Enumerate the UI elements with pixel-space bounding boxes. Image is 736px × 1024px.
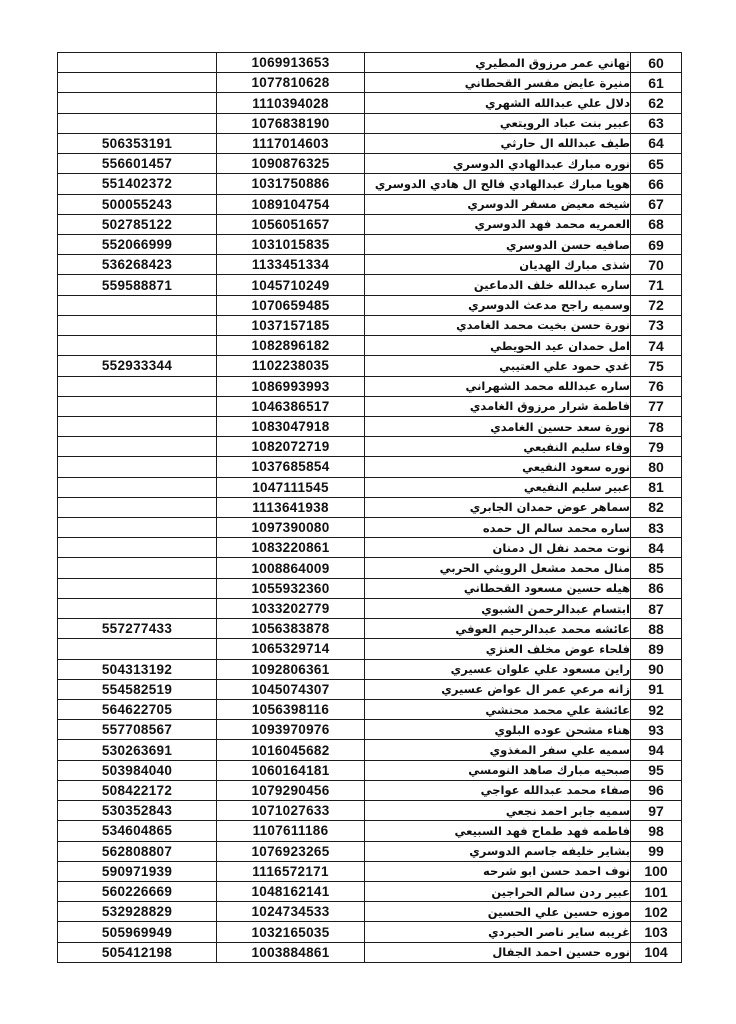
- person-name-cell: وسميه راجح مدعث الدوسري: [365, 295, 631, 315]
- person-name-cell: شذى مبارك الهديان: [365, 255, 631, 275]
- phone-number-cell: [58, 376, 217, 396]
- id-number-cell: 1110394028: [217, 93, 365, 113]
- id-number-cell: 1031750886: [217, 174, 365, 194]
- phone-number-cell: [58, 477, 217, 497]
- row-number-cell: 64: [631, 133, 682, 153]
- phone-number-cell: [58, 639, 217, 659]
- phone-number-cell: [58, 53, 217, 73]
- phone-number-cell: 504313192: [58, 659, 217, 679]
- person-name-cell: نورة سعد حسين الغامدي: [365, 416, 631, 436]
- id-number-cell: 1016045682: [217, 740, 365, 760]
- person-name-cell: صفاء محمد عبدالله عواجي: [365, 780, 631, 800]
- phone-number-cell: [58, 93, 217, 113]
- person-name-cell: عبير ردن سالم الحراجين: [365, 881, 631, 901]
- row-number-cell: 74: [631, 336, 682, 356]
- row-number-cell: 80: [631, 457, 682, 477]
- row-number-cell: 73: [631, 315, 682, 335]
- row-number-cell: 69: [631, 234, 682, 254]
- phone-number-cell: 590971939: [58, 861, 217, 881]
- table-row: 1065329714فلحاء عوض مخلف العنزي89: [58, 639, 682, 659]
- row-number-cell: 78: [631, 416, 682, 436]
- id-number-cell: 1079290456: [217, 780, 365, 800]
- id-number-cell: 1113641938: [217, 497, 365, 517]
- table-row: 5520669991031015835صافيه حسن الدوسري69: [58, 234, 682, 254]
- table-row: 5303528431071027633سميه جابر احمد نجعي97: [58, 801, 682, 821]
- id-number-cell: 1093970976: [217, 720, 365, 740]
- row-number-cell: 62: [631, 93, 682, 113]
- phone-number-cell: [58, 336, 217, 356]
- row-number-cell: 77: [631, 396, 682, 416]
- row-number-cell: 101: [631, 881, 682, 901]
- row-number-cell: 68: [631, 214, 682, 234]
- id-number-cell: 1070659485: [217, 295, 365, 315]
- person-name-cell: نوت محمد نفل ال دمنان: [365, 538, 631, 558]
- id-number-cell: 1077810628: [217, 73, 365, 93]
- id-number-cell: 1083047918: [217, 416, 365, 436]
- table-row: 1055932360هيله حسين مسعود القحطاني86: [58, 578, 682, 598]
- phone-number-cell: 551402372: [58, 174, 217, 194]
- id-number-cell: 1008864009: [217, 558, 365, 578]
- table-row: 5628088071076923265بشاير خليفه جاسم الدو…: [58, 841, 682, 861]
- phone-number-cell: [58, 457, 217, 477]
- phone-number-cell: 534604865: [58, 821, 217, 841]
- table-row: 5646227051056398116عائشة علي محمد محنشي9…: [58, 700, 682, 720]
- phone-number-cell: 508422172: [58, 780, 217, 800]
- row-number-cell: 97: [631, 801, 682, 821]
- id-number-cell: 1046386517: [217, 396, 365, 416]
- row-number-cell: 83: [631, 518, 682, 538]
- row-number-cell: 65: [631, 154, 682, 174]
- table-row: 1082896182امل حمدان عيد الحويطي74: [58, 336, 682, 356]
- phone-number-cell: [58, 295, 217, 315]
- table-row: 5329288291024734533موزه حسين علي الحسين1…: [58, 902, 682, 922]
- person-name-cell: عبير سليم النفيعي: [365, 477, 631, 497]
- phone-number-cell: [58, 598, 217, 618]
- id-number-cell: 1117014603: [217, 133, 365, 153]
- row-number-cell: 102: [631, 902, 682, 922]
- phone-number-cell: 530263691: [58, 740, 217, 760]
- table-row: 1008864009منال محمد مشعل الرويثي الحربي8…: [58, 558, 682, 578]
- table-row: 5346048651107611186فاطمه فهد طماح فهد ال…: [58, 821, 682, 841]
- person-name-cell: منال محمد مشعل الرويثي الحربي: [365, 558, 631, 578]
- id-number-cell: 1031015835: [217, 234, 365, 254]
- row-number-cell: 63: [631, 113, 682, 133]
- id-number-cell: 1076923265: [217, 841, 365, 861]
- phone-number-cell: 554582519: [58, 679, 217, 699]
- id-number-cell: 1065329714: [217, 639, 365, 659]
- row-number-cell: 94: [631, 740, 682, 760]
- person-name-cell: العمريه محمد فهد الدوسري: [365, 214, 631, 234]
- id-number-cell: 1133451334: [217, 255, 365, 275]
- person-name-cell: هيله حسين مسعود القحطاني: [365, 578, 631, 598]
- table-row: 5043131921092806361راين مسعود علي علوان …: [58, 659, 682, 679]
- table-row: 1086993993ساره عبدالله محمد الشهراني76: [58, 376, 682, 396]
- phone-number-cell: 557277433: [58, 619, 217, 639]
- row-number-cell: 66: [631, 174, 682, 194]
- table-row: 5595888711045710249ساره عبدالله خلف الدم…: [58, 275, 682, 295]
- phone-number-cell: 559588871: [58, 275, 217, 295]
- person-name-cell: سماهر عوض حمدان الجابري: [365, 497, 631, 517]
- row-number-cell: 82: [631, 497, 682, 517]
- row-number-cell: 70: [631, 255, 682, 275]
- id-number-cell: 1116572171: [217, 861, 365, 881]
- phone-number-cell: [58, 538, 217, 558]
- person-name-cell: عبير بنت عباد الرويتعي: [365, 113, 631, 133]
- row-number-cell: 89: [631, 639, 682, 659]
- person-name-cell: عائشة علي محمد محنشي: [365, 700, 631, 720]
- person-name-cell: فاطمه فهد طماح فهد السبيعي: [365, 821, 631, 841]
- id-number-cell: 1048162141: [217, 881, 365, 901]
- row-number-cell: 95: [631, 760, 682, 780]
- person-name-cell: تهاني عمر مرزوق المطيري: [365, 53, 631, 73]
- table-row: 5572774331056383878عائشه محمد عبدالرحيم …: [58, 619, 682, 639]
- row-number-cell: 99: [631, 841, 682, 861]
- table-row: 5577085671093970976هناء مشحن عوده البلوي…: [58, 720, 682, 740]
- table-row: 5362684231133451334شذى مبارك الهديان70: [58, 255, 682, 275]
- id-number-cell: 1056051657: [217, 214, 365, 234]
- table-row: 1083220861نوت محمد نفل ال دمنان84: [58, 538, 682, 558]
- person-name-cell: امل حمدان عيد الحويطي: [365, 336, 631, 356]
- person-name-cell: بشاير خليفه جاسم الدوسري: [365, 841, 631, 861]
- phone-number-cell: 506353191: [58, 133, 217, 153]
- table-row: 5529333441102238035غدي حمود علي العتيبي7…: [58, 356, 682, 376]
- person-name-cell: شيخه معيض مسفر الدوسري: [365, 194, 631, 214]
- table-row: 5302636911016045682سميه علي سفر المغذوي9…: [58, 740, 682, 760]
- person-name-cell: موزه حسين علي الحسين: [365, 902, 631, 922]
- id-number-cell: 1056383878: [217, 619, 365, 639]
- id-number-cell: 1024734533: [217, 902, 365, 922]
- table-row: 5909719391116572171نوف احمد حسن ابو شرحه…: [58, 861, 682, 881]
- person-name-cell: صافيه حسن الدوسري: [365, 234, 631, 254]
- phone-number-cell: 536268423: [58, 255, 217, 275]
- row-number-cell: 84: [631, 538, 682, 558]
- id-number-cell: 1092806361: [217, 659, 365, 679]
- row-number-cell: 104: [631, 942, 682, 962]
- table-row: 1113641938سماهر عوض حمدان الجابري82: [58, 497, 682, 517]
- table-row: 5059699491032165035غريبه ساير ناصر الحبر…: [58, 922, 682, 942]
- table-row: 5084221721079290456صفاء محمد عبدالله عوا…: [58, 780, 682, 800]
- row-number-cell: 96: [631, 780, 682, 800]
- phone-number-cell: [58, 437, 217, 457]
- phone-number-cell: 505969949: [58, 922, 217, 942]
- row-number-cell: 72: [631, 295, 682, 315]
- table-row: 5000552431089104754شيخه معيض مسفر الدوسر…: [58, 194, 682, 214]
- row-number-cell: 87: [631, 598, 682, 618]
- table-row: 1077810628منيرة عايض مفسر القحطاني61: [58, 73, 682, 93]
- row-number-cell: 88: [631, 619, 682, 639]
- table-row: 5514023721031750886هويا مبارك عبدالهادي …: [58, 174, 682, 194]
- person-name-cell: دلال علي عبدالله الشهري: [365, 93, 631, 113]
- phone-number-cell: 552933344: [58, 356, 217, 376]
- id-number-cell: 1107611186: [217, 821, 365, 841]
- person-name-cell: ساره محمد سالم ال حمده: [365, 518, 631, 538]
- phone-number-cell: 552066999: [58, 234, 217, 254]
- row-number-cell: 91: [631, 679, 682, 699]
- person-name-cell: هويا مبارك عبدالهادي فالح ال هادي الدوسر…: [365, 174, 631, 194]
- id-number-cell: 1045710249: [217, 275, 365, 295]
- phone-number-cell: [58, 578, 217, 598]
- person-name-cell: غريبه ساير ناصر الحبردي: [365, 922, 631, 942]
- row-number-cell: 86: [631, 578, 682, 598]
- id-number-cell: 1060164181: [217, 760, 365, 780]
- phone-number-cell: [58, 315, 217, 335]
- phone-number-cell: [58, 497, 217, 517]
- person-name-cell: سميه علي سفر المغذوي: [365, 740, 631, 760]
- phone-number-cell: 562808807: [58, 841, 217, 861]
- person-name-cell: نوره مبارك عبدالهادي الدوسري: [365, 154, 631, 174]
- row-number-cell: 75: [631, 356, 682, 376]
- person-name-cell: عائشه محمد عبدالرحيم العوفي: [365, 619, 631, 639]
- person-name-cell: نوره حسين احمد الجفال: [365, 942, 631, 962]
- row-number-cell: 103: [631, 922, 682, 942]
- person-name-cell: نوف احمد حسن ابو شرحه: [365, 861, 631, 881]
- phone-number-cell: 500055243: [58, 194, 217, 214]
- phone-number-cell: [58, 396, 217, 416]
- row-number-cell: 98: [631, 821, 682, 841]
- phone-number-cell: [58, 73, 217, 93]
- id-number-cell: 1037685854: [217, 457, 365, 477]
- table-row: 1046386517فاطمة شرار مرزوق الغامدي77: [58, 396, 682, 416]
- row-number-cell: 79: [631, 437, 682, 457]
- phone-number-cell: [58, 416, 217, 436]
- id-number-cell: 1082896182: [217, 336, 365, 356]
- person-name-cell: سميه جابر احمد نجعي: [365, 801, 631, 821]
- row-number-cell: 92: [631, 700, 682, 720]
- id-number-cell: 1037157185: [217, 315, 365, 335]
- table-row: 5054121981003884861نوره حسين احمد الجفال…: [58, 942, 682, 962]
- id-number-cell: 1069913653: [217, 53, 365, 73]
- phone-number-cell: 564622705: [58, 700, 217, 720]
- table-row: 1097390080ساره محمد سالم ال حمده83: [58, 518, 682, 538]
- id-number-cell: 1076838190: [217, 113, 365, 133]
- phone-number-cell: [58, 558, 217, 578]
- phone-number-cell: 556601457: [58, 154, 217, 174]
- id-number-cell: 1071027633: [217, 801, 365, 821]
- person-name-cell: نورة حسن بخيت محمد الغامدي: [365, 315, 631, 335]
- person-name-cell: غدي حمود علي العتيبي: [365, 356, 631, 376]
- id-number-cell: 1102238035: [217, 356, 365, 376]
- person-name-cell: وفاء سليم النفيعي: [365, 437, 631, 457]
- row-number-cell: 100: [631, 861, 682, 881]
- person-name-cell: زانه مرعي عمر ال عواض عسيري: [365, 679, 631, 699]
- row-number-cell: 60: [631, 53, 682, 73]
- person-name-cell: هناء مشحن عوده البلوي: [365, 720, 631, 740]
- person-name-cell: ساره عبدالله محمد الشهراني: [365, 376, 631, 396]
- phone-number-cell: [58, 518, 217, 538]
- person-name-cell: ساره عبدالله خلف الدماعين: [365, 275, 631, 295]
- phone-number-cell: 532928829: [58, 902, 217, 922]
- id-number-cell: 1089104754: [217, 194, 365, 214]
- table-row: 1037685854نوره سعود النفيعي80: [58, 457, 682, 477]
- id-number-cell: 1056398116: [217, 700, 365, 720]
- id-number-cell: 1055932360: [217, 578, 365, 598]
- row-number-cell: 93: [631, 720, 682, 740]
- person-name-cell: صبحيه مبارك صاهد النومسي: [365, 760, 631, 780]
- names-roster-table: 1069913653تهاني عمر مرزوق المطيري6010778…: [57, 52, 682, 963]
- row-number-cell: 85: [631, 558, 682, 578]
- phone-number-cell: 502785122: [58, 214, 217, 234]
- table-row: 5027851221056051657العمريه محمد فهد الدو…: [58, 214, 682, 234]
- person-name-cell: نوره سعود النفيعي: [365, 457, 631, 477]
- row-number-cell: 81: [631, 477, 682, 497]
- table-body: 1069913653تهاني عمر مرزوق المطيري6010778…: [58, 53, 682, 963]
- id-number-cell: 1097390080: [217, 518, 365, 538]
- table-row: 5039840401060164181صبحيه مبارك صاهد النو…: [58, 760, 682, 780]
- row-number-cell: 67: [631, 194, 682, 214]
- table-row: 1047111545عبير سليم النفيعي81: [58, 477, 682, 497]
- person-name-cell: ابتسام عبدالرحمن الشبوي: [365, 598, 631, 618]
- phone-number-cell: [58, 113, 217, 133]
- table-row: 1070659485وسميه راجح مدعث الدوسري72: [58, 295, 682, 315]
- row-number-cell: 90: [631, 659, 682, 679]
- table-row: 5566014571090876325نوره مبارك عبدالهادي …: [58, 154, 682, 174]
- phone-number-cell: 503984040: [58, 760, 217, 780]
- phone-number-cell: 560226669: [58, 881, 217, 901]
- table-row: 1110394028دلال علي عبدالله الشهري62: [58, 93, 682, 113]
- person-name-cell: فلحاء عوض مخلف العنزي: [365, 639, 631, 659]
- id-number-cell: 1083220861: [217, 538, 365, 558]
- id-number-cell: 1090876325: [217, 154, 365, 174]
- table-row: 1033202779ابتسام عبدالرحمن الشبوي87: [58, 598, 682, 618]
- person-name-cell: منيرة عايض مفسر القحطاني: [365, 73, 631, 93]
- row-number-cell: 71: [631, 275, 682, 295]
- phone-number-cell: 557708567: [58, 720, 217, 740]
- phone-number-cell: 505412198: [58, 942, 217, 962]
- table-row: 5602266691048162141عبير ردن سالم الحراجي…: [58, 881, 682, 901]
- id-number-cell: 1033202779: [217, 598, 365, 618]
- row-number-cell: 76: [631, 376, 682, 396]
- id-number-cell: 1082072719: [217, 437, 365, 457]
- id-number-cell: 1003884861: [217, 942, 365, 962]
- table-row: 1037157185نورة حسن بخيت محمد الغامدي73: [58, 315, 682, 335]
- id-number-cell: 1086993993: [217, 376, 365, 396]
- table-row: 1082072719وفاء سليم النفيعي79: [58, 437, 682, 457]
- table-row: 5063531911117014603طيف عبدالله ال حارثي6…: [58, 133, 682, 153]
- person-name-cell: فاطمة شرار مرزوق الغامدي: [365, 396, 631, 416]
- id-number-cell: 1045074307: [217, 679, 365, 699]
- scanned-document-page: 1069913653تهاني عمر مرزوق المطيري6010778…: [0, 0, 736, 1024]
- row-number-cell: 61: [631, 73, 682, 93]
- table-row: 1083047918نورة سعد حسين الغامدي78: [58, 416, 682, 436]
- table-row: 5545825191045074307زانه مرعي عمر ال عواض…: [58, 679, 682, 699]
- id-number-cell: 1047111545: [217, 477, 365, 497]
- phone-number-cell: 530352843: [58, 801, 217, 821]
- person-name-cell: راين مسعود علي علوان عسيري: [365, 659, 631, 679]
- person-name-cell: طيف عبدالله ال حارثي: [365, 133, 631, 153]
- table-row: 1076838190عبير بنت عباد الرويتعي63: [58, 113, 682, 133]
- table-row: 1069913653تهاني عمر مرزوق المطيري60: [58, 53, 682, 73]
- id-number-cell: 1032165035: [217, 922, 365, 942]
